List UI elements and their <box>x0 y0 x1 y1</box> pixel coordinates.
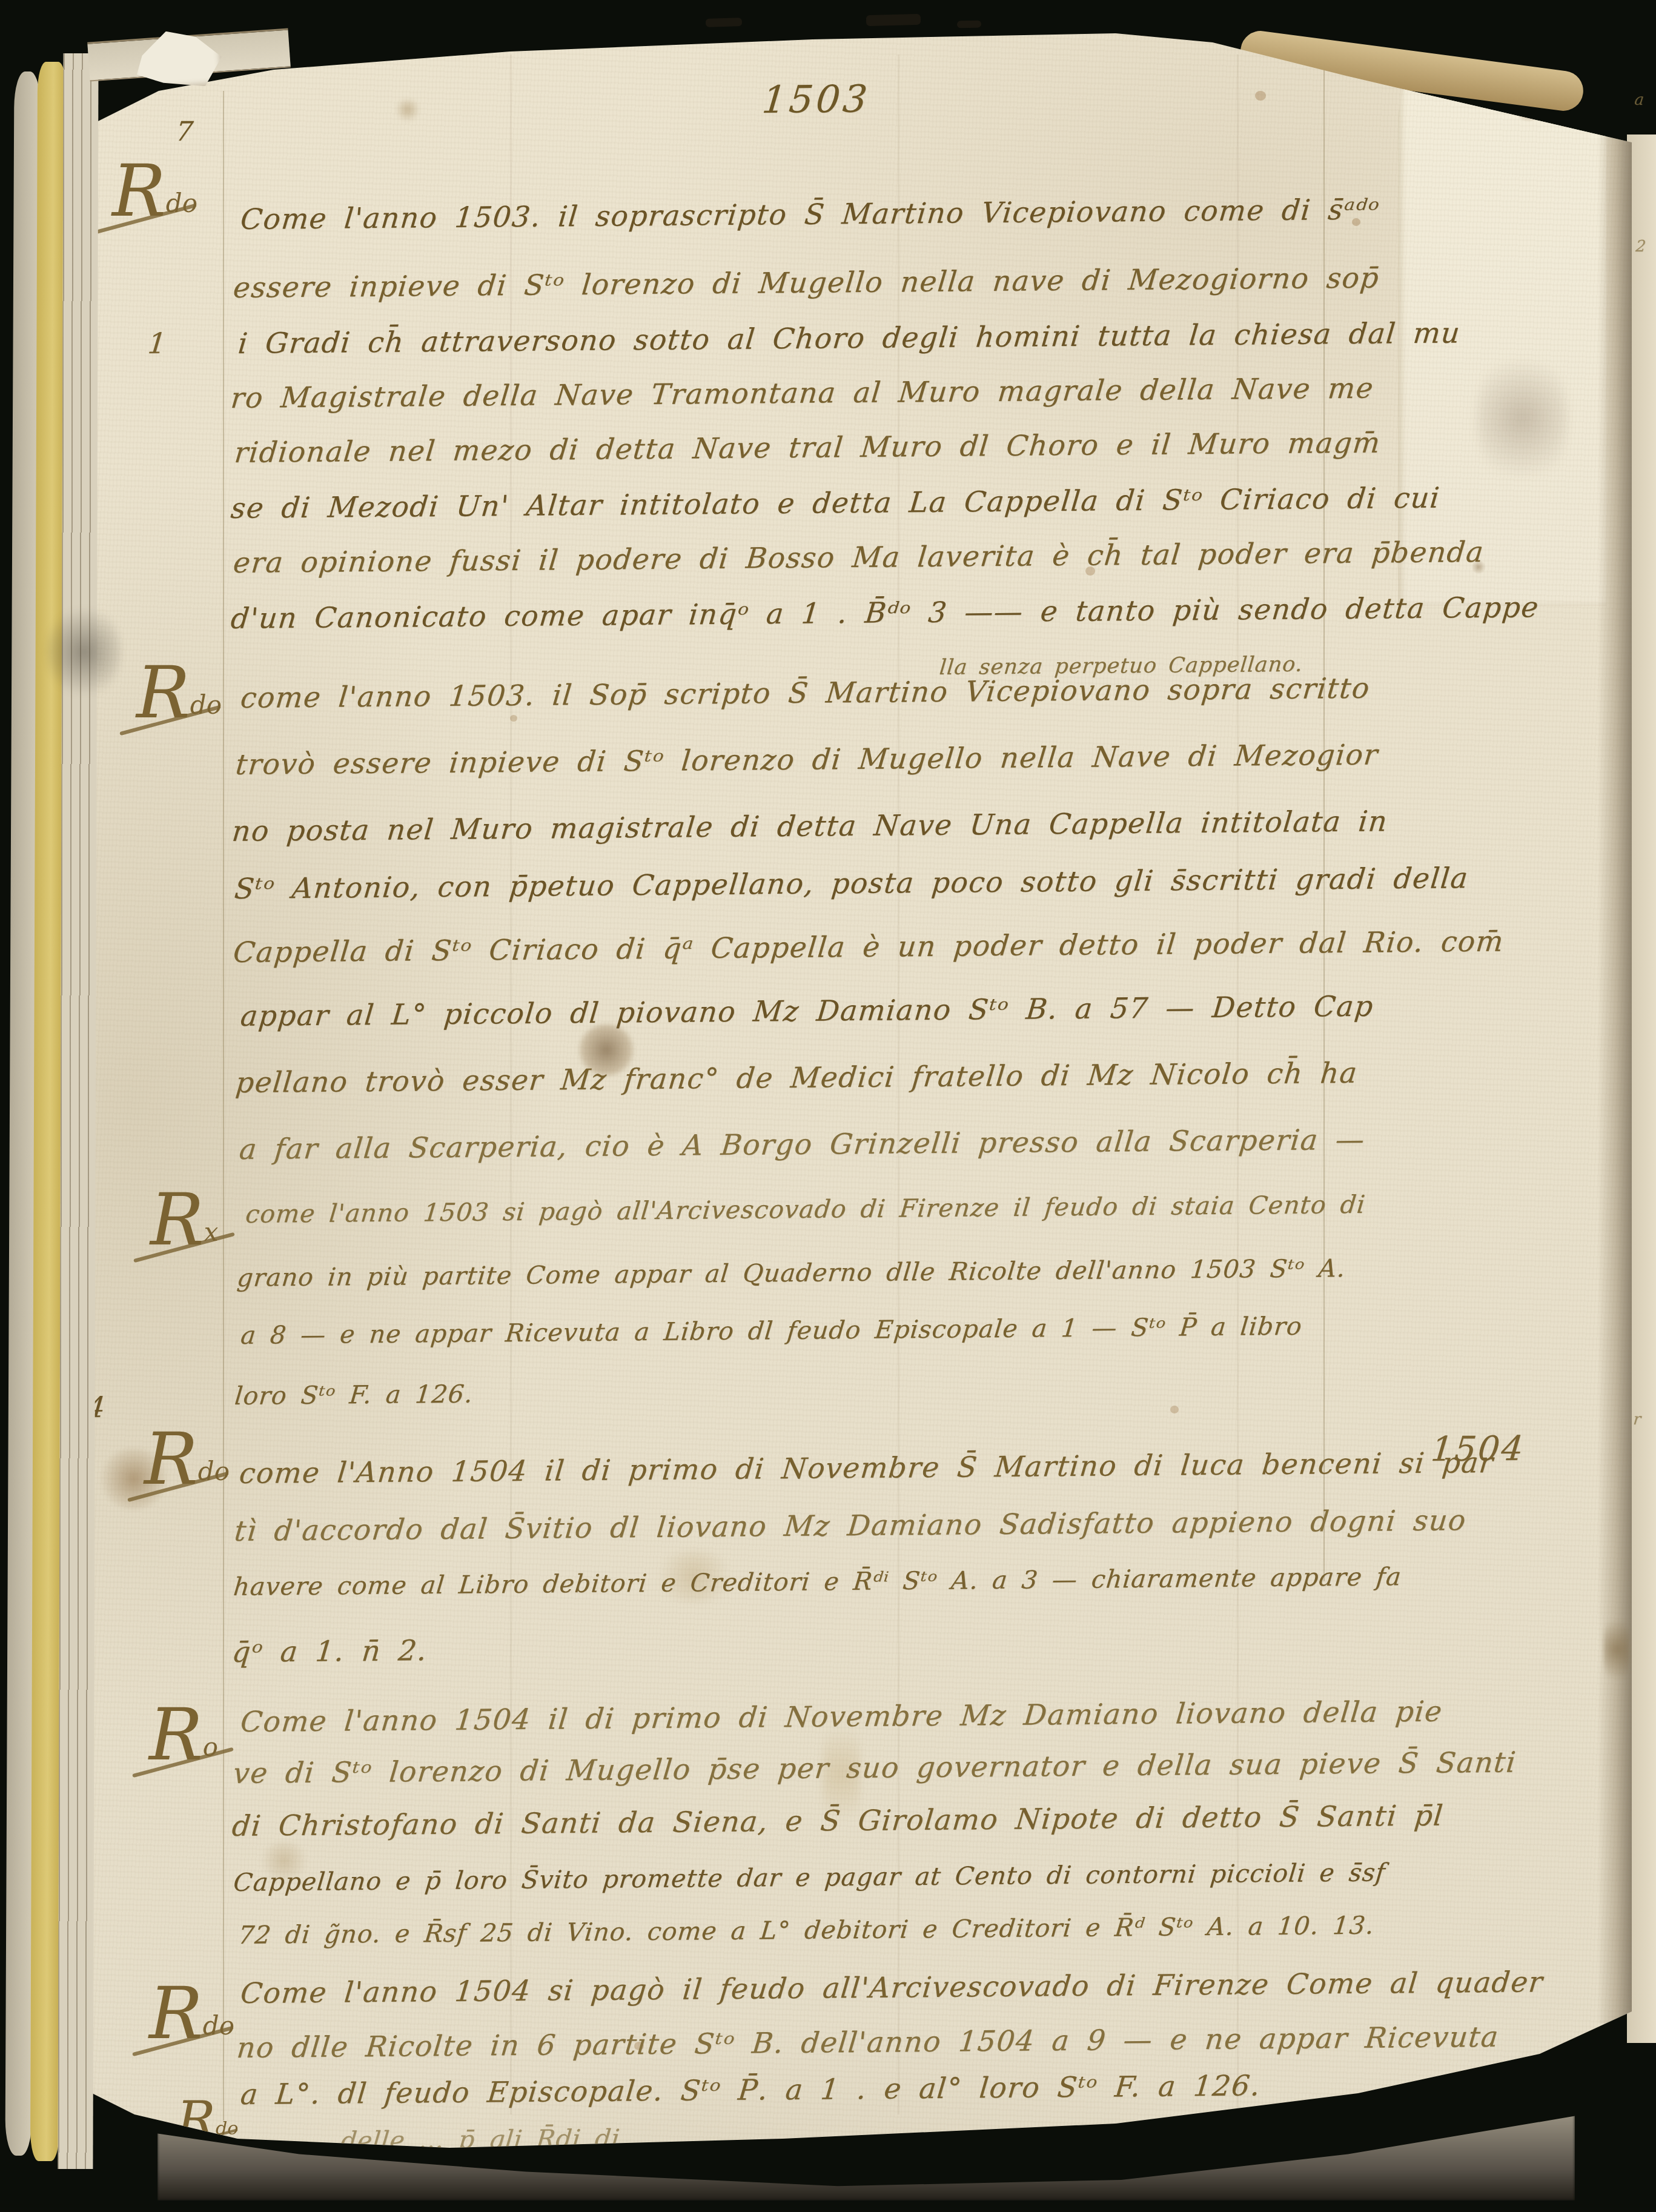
text-line: loro Sᵗᵒ F. a 126. <box>233 1380 474 1410</box>
ricordo-sup: o <box>203 1732 218 1762</box>
ricordo-r: R <box>149 1971 203 2055</box>
text-line: ve di Sᵗᵒ lorenzo di Mugello p̄se per su… <box>232 1746 1518 1790</box>
manuscript-page: 1503 7 1 4 1504 Rdo Rdo Rx Rdo Ro Rdo Rd… <box>86 18 1632 2193</box>
text-line: essere inpieve di Sᵗᵒ lorenzo di Mugello… <box>232 262 1381 305</box>
text-line: come l'anno 1503. il Sop̄ scripto S̄ Mar… <box>239 672 1372 715</box>
ricordo-r: R <box>112 149 166 233</box>
text-line: Come l'anno 1504 si pagò il feudo all'Ar… <box>239 1965 1545 2010</box>
folio-mark: 7 <box>174 116 194 147</box>
ricordo-r: R <box>144 1417 198 1501</box>
bottom-cropped-line: … delle … p̄ gli R̄di di … <box>300 2124 661 2156</box>
scan-background: 1503 7 1 4 1504 Rdo Rdo Rx Rdo Ro Rdo Rd… <box>0 0 1656 2212</box>
text-line: pellano trovò esser Mz franc° de Medici … <box>234 1057 1359 1100</box>
foxing-spot <box>1170 1406 1179 1413</box>
top-edge-ink-speck <box>706 18 742 27</box>
marginal-mark-ricordo: Ro <box>149 1702 218 1767</box>
text-line: d'un Canonicato come apar inq̄ᵒ a 1 . B̄… <box>230 591 1541 636</box>
marginal-mark-ricordo: Rdo <box>144 1427 230 1491</box>
text-line: ridionale nel mezo di detta Nave tral Mu… <box>233 427 1382 470</box>
line-start-mark: 1 <box>147 327 169 360</box>
text-line: di Christofano di Santi da Siena, e S̄ G… <box>231 1799 1445 1843</box>
foxing-spot <box>395 98 420 121</box>
text-line: Cappellano e p̄ loro S̄vito promette dar… <box>232 1858 1386 1897</box>
page-stack-edge-lines <box>58 53 98 2169</box>
ricordo-sup: x <box>204 1217 219 1247</box>
text-line: Come l'anno 1504 il di primo di Novembre… <box>239 1695 1445 1739</box>
text-line: Cappella di Sᵗᵒ Ciriaco di q̄ᵃ Cappella … <box>232 925 1506 969</box>
marginal-mark-ricordo: Rdo <box>112 159 197 223</box>
text-line: i Gradi ch̄ attraversono sotto al Choro … <box>237 316 1462 360</box>
marginal-mark-ricordo: Rdo <box>136 660 222 725</box>
ricordo-sup: do <box>166 188 197 218</box>
foxing-spot <box>1255 91 1266 101</box>
text-line: era opinione fussi il podere di Bosso Ma… <box>232 536 1486 580</box>
text-line: appar al L° piccolo dl piovano Mz Damian… <box>239 990 1376 1033</box>
text-line: havere come al Libro debitori e Creditor… <box>232 1562 1403 1601</box>
page-fold-shadow <box>1597 109 1632 2024</box>
top-edge-ink-speck <box>957 20 981 28</box>
smudge-stain <box>1477 348 1568 488</box>
ricordo-r: R <box>150 1178 204 1261</box>
text-line: come l'anno 1503 si pagò all'Arcivescova… <box>244 1190 1366 1229</box>
adjacent-page-mark: a <box>1634 91 1644 109</box>
text-line: tì d'accordo dal S̄vitio dl liovano Mz D… <box>233 1504 1468 1548</box>
ricordo-r: R <box>136 651 190 734</box>
text-line: se di Mezodi Un' Altar intitolato e dett… <box>230 482 1442 525</box>
ricordo-sup: do <box>216 2117 239 2139</box>
text-line: no posta nel Muro magistrale di detta Na… <box>231 805 1389 848</box>
year-heading: 1503 <box>760 76 872 122</box>
text-line: no dlle Ricolte in 6 partite Sᵗᵒ B. dell… <box>236 2021 1500 2065</box>
marginal-mark-ricordo: Rx <box>150 1187 219 1252</box>
ricordo-sup: do <box>198 1456 230 1486</box>
marginal-mark-ricordo: Rdo <box>177 2096 239 2142</box>
ricordo-r: R <box>149 1693 203 1776</box>
text-line: Come l'anno 1503. il soprascripto S̄ Mar… <box>239 193 1382 236</box>
margin-rule-left <box>223 91 224 2121</box>
ricordo-sup: do <box>203 2011 234 2041</box>
text-line: a L°. dl feudo Episcopale. Sᵗᵒ P̄. a 1 .… <box>239 2069 1262 2111</box>
text-line: trovò essere inpieve di Sᵗᵒ lorenzo di M… <box>234 739 1380 782</box>
top-edge-ink-speck <box>866 14 921 26</box>
ricordo-sup: do <box>190 690 222 720</box>
marginal-mark-ricordo: Rdo <box>149 1981 234 2045</box>
text-line: q̄ᵒ a 1. n̄ 2. <box>231 1634 429 1669</box>
text-line: come l'Anno 1504 il di primo di Novembre… <box>238 1446 1495 1490</box>
text-line: ro Magistrale della Nave Tramontana al M… <box>230 372 1376 415</box>
text-line: grano in più partite Come appar al Quade… <box>236 1254 1346 1292</box>
text-line: a far alla Scarperia, cio è A Borgo Grin… <box>238 1123 1367 1166</box>
text-line: Sᵗᵒ Antonio, con p̄petuo Cappellano, pos… <box>233 862 1470 906</box>
adjacent-page-mark: 2 <box>1635 237 1646 256</box>
text-line: a 8 — e ne appar Ricevuta a Libro dl feu… <box>239 1312 1303 1350</box>
text-line: 72 di g̃no. e R̄sf 25 di Vino. come a L°… <box>237 1911 1376 1950</box>
